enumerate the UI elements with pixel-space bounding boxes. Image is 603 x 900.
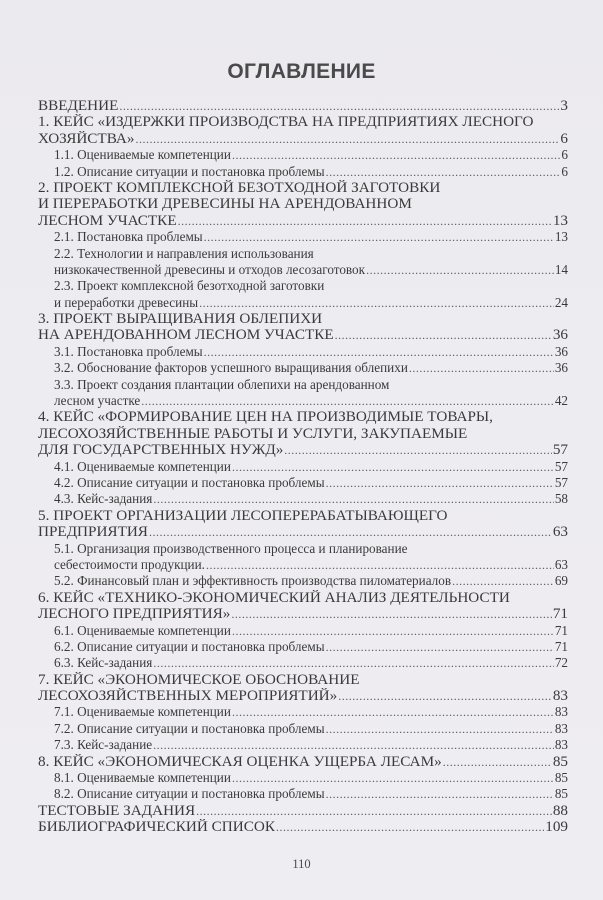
toc-entry-line: 3. ПРОЕКТ ВЫРАЩИВАНИЯ ОБЛЕПИХИ — [38, 311, 568, 327]
toc-entry-title: 3.2. Обоснование факторов успешного выра… — [54, 360, 408, 376]
toc-entry-title: лесном участке — [54, 393, 140, 409]
toc-chapter-entry: 8. КЕЙС «ЭКОНОМИЧЕСКАЯ ОЦЕНКА УЩЕРБА ЛЕС… — [38, 754, 568, 770]
dot-leader — [178, 213, 552, 229]
toc-entry-title: низкокачественной древесины и отходов ле… — [54, 262, 365, 278]
toc-entry-line: 6.2. Описание ситуации и постановка проб… — [38, 639, 568, 655]
dot-leader — [153, 737, 554, 753]
toc-entry-title: 5.2. Финансовый план и эффективность про… — [54, 573, 451, 589]
toc-section-entry: 3.1. Постановка проблемы36 — [38, 344, 568, 360]
toc-chapter-entry: БИБЛИОГРАФИЧЕСКИЙ СПИСОК109 — [38, 819, 568, 835]
toc-entry-line: низкокачественной древесины и отходов ле… — [38, 262, 568, 278]
toc-entry-line: ЛЕСОХОЗЯЙСТВЕННЫХ МЕРОПРИЯТИЙ»83 — [38, 688, 568, 704]
toc-page-number: 69 — [555, 573, 568, 589]
dot-leader — [232, 770, 554, 786]
table-of-contents: ВВЕДЕНИЕ31. КЕЙС «ИЗДЕРЖКИ ПРОИЗВОДСТВА … — [38, 98, 568, 836]
toc-section-entry: 1.2. Описание ситуации и постановка проб… — [38, 164, 568, 180]
toc-entry-title: 5. ПРОЕКТ ОРГАНИЗАЦИИ ЛЕСОПЕРЕРАБАТЫВАЮЩ… — [38, 508, 447, 524]
dot-leader — [135, 131, 559, 147]
dot-leader — [232, 704, 554, 720]
toc-entry-line: 5.2. Финансовый план и эффективность про… — [38, 573, 568, 589]
toc-entry-title: 3.3. Проект создания плантации облепихи … — [54, 377, 389, 393]
toc-entry-line: лесном участке42 — [38, 393, 568, 409]
toc-entry-title: 2.2. Технологии и направления использова… — [54, 246, 314, 262]
toc-entry-line: 3.3. Проект создания плантации облепихи … — [38, 377, 568, 393]
toc-page-number: 13 — [553, 213, 568, 229]
toc-entry-title: НА АРЕНДОВАННОМ ЛЕСНОМ УЧАСТКЕ — [38, 327, 334, 343]
toc-chapter-entry: 1. КЕЙС «ИЗДЕРЖКИ ПРОИЗВОДСТВА НА ПРЕДПР… — [38, 114, 568, 147]
toc-entry-title: ДЛЯ ГОСУДАРСТВЕННЫХ НУЖД» — [38, 442, 283, 458]
toc-entry-title: ЛЕСОХОЗЯЙСТВЕННЫХ МЕРОПРИЯТИЙ» — [38, 688, 337, 704]
toc-chapter-entry: ВВЕДЕНИЕ3 — [38, 98, 568, 114]
toc-section-entry: 6.3. Кейс-задания72 — [38, 655, 568, 671]
toc-entry-title: 6.1. Оцениваемые компетенции — [54, 623, 231, 639]
toc-entry-title: И ПЕРЕРАБОТКИ ДРЕВЕСИНЫ НА АРЕНДОВАННОМ — [38, 196, 412, 212]
toc-entry-line: 4.3. Кейс-задания58 — [38, 491, 568, 507]
toc-entry-title: 4.1. Оцениваемые компетенции — [54, 459, 231, 475]
toc-entry-line: 6.3. Кейс-задания72 — [38, 655, 568, 671]
toc-entry-line: 4. КЕЙС «ФОРМИРОВАНИЕ ЦЕН НА ПРОИЗВОДИМЫ… — [38, 409, 568, 425]
page-number: 110 — [0, 857, 603, 872]
dot-leader — [326, 721, 554, 737]
toc-entry-title: 4. КЕЙС «ФОРМИРОВАНИЕ ЦЕН НА ПРОИЗВОДИМЫ… — [38, 409, 493, 425]
dot-leader — [276, 819, 544, 835]
toc-page-number: 57 — [555, 459, 568, 475]
dot-leader — [284, 442, 552, 458]
toc-entry-line: ХОЗЯЙСТВА»6 — [38, 131, 568, 147]
toc-entry-title: 7.2. Описание ситуации и постановка проб… — [54, 721, 325, 737]
dot-leader — [204, 229, 554, 245]
toc-page-number: 83 — [555, 737, 568, 753]
dot-leader — [204, 344, 554, 360]
toc-page-number: 3 — [560, 98, 568, 114]
page-title: ОГЛАВЛЕНИЕ — [0, 60, 603, 84]
toc-chapter-entry: 7. КЕЙС «ЭКОНОМИЧЕСКОЕ ОБОСНОВАНИЕЛЕСОХО… — [38, 672, 568, 705]
toc-page-number: 83 — [555, 721, 568, 737]
toc-entry-title: БИБЛИОГРАФИЧЕСКИЙ СПИСОК — [38, 819, 275, 835]
toc-page-number: 42 — [555, 393, 568, 409]
toc-entry-line: ТЕСТОВЫЕ ЗАДАНИЯ88 — [38, 803, 568, 819]
dot-leader — [326, 164, 561, 180]
toc-page-number: 36 — [553, 327, 568, 343]
dot-leader — [149, 524, 552, 540]
toc-page-number: 85 — [555, 786, 568, 802]
toc-entry-title: 6.2. Описание ситуации и постановка проб… — [54, 639, 325, 655]
toc-entry-title: ХОЗЯЙСТВА» — [38, 131, 134, 147]
toc-page-number: 6 — [560, 131, 568, 147]
dot-leader — [232, 147, 560, 163]
toc-entry-title: ВВЕДЕНИЕ — [38, 98, 118, 114]
dot-leader — [326, 639, 554, 655]
toc-page-number: 6 — [561, 147, 568, 163]
toc-entry-title: 3. ПРОЕКТ ВЫРАЩИВАНИЯ ОБЛЕПИХИ — [38, 311, 322, 327]
dot-leader — [153, 491, 553, 507]
dot-leader — [196, 803, 552, 819]
toc-page-number: 72 — [555, 655, 568, 671]
toc-page-number: 57 — [553, 442, 568, 458]
toc-page-number: 83 — [555, 704, 568, 720]
dot-leader — [141, 393, 554, 409]
toc-section-entry: 5.2. Финансовый план и эффективность про… — [38, 573, 568, 589]
toc-entry-line: 8. КЕЙС «ЭКОНОМИЧЕСКАЯ ОЦЕНКА УЩЕРБА ЛЕС… — [38, 754, 568, 770]
toc-entry-title: 1.2. Описание ситуации и постановка проб… — [54, 164, 325, 180]
toc-page-number: 24 — [555, 295, 568, 311]
toc-section-entry: 7.2. Описание ситуации и постановка проб… — [38, 721, 568, 737]
toc-entry-title: 5.1. Организация производственного проце… — [54, 541, 408, 557]
toc-page-number: 83 — [553, 688, 568, 704]
dot-leader — [231, 606, 551, 622]
toc-entry-line: 7.2. Описание ситуации и постановка проб… — [38, 721, 568, 737]
toc-entry-title: 2.3. Проект комплексной безотходной заго… — [54, 278, 324, 294]
toc-entry-line: 2.2. Технологии и направления использова… — [38, 246, 568, 262]
toc-entry-title: 1.1. Оцениваемые компетенции — [54, 147, 231, 163]
toc-section-entry: 4.1. Оцениваемые компетенции57 — [38, 459, 568, 475]
dot-leader — [335, 327, 552, 343]
toc-section-entry: 5.1. Организация производственного проце… — [38, 541, 568, 574]
toc-section-entry: 7.3. Кейс-задание83 — [38, 737, 568, 753]
toc-section-entry: 8.1. Оцениваемые компетенции85 — [38, 770, 568, 786]
toc-entry-line: ЛЕСОХОЗЯЙСТВЕННЫЕ РАБОТЫ И УСЛУГИ, ЗАКУП… — [38, 426, 568, 442]
toc-page-number: 14 — [555, 262, 568, 278]
toc-entry-title: 6. КЕЙС «ТЕХНИКО-ЭКОНОМИЧЕСКИЙ АНАЛИЗ ДЕ… — [38, 590, 510, 606]
toc-page-number: 71 — [555, 623, 568, 639]
toc-entry-title: 2.1. Постановка проблемы — [54, 229, 203, 245]
toc-page-number: 63 — [553, 524, 568, 540]
toc-entry-line: 1.2. Описание ситуации и постановка проб… — [38, 164, 568, 180]
dot-leader — [338, 688, 552, 704]
dot-leader — [199, 295, 554, 311]
toc-section-entry: 8.2. Описание ситуации и постановка проб… — [38, 786, 568, 802]
toc-entry-line: 1. КЕЙС «ИЗДЕРЖКИ ПРОИЗВОДСТВА НА ПРЕДПР… — [38, 114, 568, 130]
dot-leader — [206, 557, 554, 573]
toc-entry-line: 7.3. Кейс-задание83 — [38, 737, 568, 753]
toc-entry-title: ЛЕСНОГО ПРЕДПРИЯТИЯ» — [38, 606, 230, 622]
toc-entry-line: и переработки древесины24 — [38, 295, 568, 311]
toc-entry-line: 3.2. Обоснование факторов успешного выра… — [38, 360, 568, 376]
toc-entry-line: НА АРЕНДОВАННОМ ЛЕСНОМ УЧАСТКЕ36 — [38, 327, 568, 343]
toc-chapter-entry: ТЕСТОВЫЕ ЗАДАНИЯ88 — [38, 803, 568, 819]
toc-entry-title: 8.2. Описание ситуации и постановка проб… — [54, 786, 325, 802]
toc-entry-title: 7. КЕЙС «ЭКОНОМИЧЕСКОЕ ОБОСНОВАНИЕ — [38, 672, 359, 688]
toc-section-entry: 7.1. Оцениваемые компетенции83 — [38, 704, 568, 720]
toc-section-entry: 4.2. Описание ситуации и постановка проб… — [38, 475, 568, 491]
toc-page-number: 13 — [555, 229, 568, 245]
toc-section-entry: 3.3. Проект создания плантации облепихи … — [38, 377, 568, 410]
toc-entry-title: ЛЕСНОМ УЧАСТКЕ — [38, 213, 177, 229]
toc-entry-line: 4.1. Оцениваемые компетенции57 — [38, 459, 568, 475]
toc-chapter-entry: 6. КЕЙС «ТЕХНИКО-ЭКОНОМИЧЕСКИЙ АНАЛИЗ ДЕ… — [38, 590, 568, 623]
toc-entry-title: ПРЕДПРИЯТИЯ — [38, 524, 148, 540]
dot-leader — [119, 98, 559, 114]
dot-leader — [153, 655, 553, 671]
toc-page-number: 36 — [555, 360, 568, 376]
toc-entry-line: ЛЕСНОГО ПРЕДПРИЯТИЯ»71 — [38, 606, 568, 622]
toc-entry-title: 3.1. Постановка проблемы — [54, 344, 203, 360]
toc-section-entry: 6.2. Описание ситуации и постановка проб… — [38, 639, 568, 655]
toc-entry-line: БИБЛИОГРАФИЧЕСКИЙ СПИСОК109 — [38, 819, 568, 835]
toc-entry-line: 2.1. Постановка проблемы13 — [38, 229, 568, 245]
toc-entry-title: 4.3. Кейс-задания — [54, 491, 152, 507]
toc-entry-line: 8.1. Оцениваемые компетенции85 — [38, 770, 568, 786]
toc-page-number: 71 — [553, 606, 568, 622]
toc-entry-line: ВВЕДЕНИЕ3 — [38, 98, 568, 114]
toc-entry-line: 2. ПРОЕКТ КОМПЛЕКСНОЙ БЕЗОТХОДНОЙ ЗАГОТО… — [38, 180, 568, 196]
toc-entry-title: 8. КЕЙС «ЭКОНОМИЧЕСКАЯ ОЦЕНКА УЩЕРБА ЛЕС… — [38, 754, 442, 770]
toc-page-number: 57 — [555, 475, 568, 491]
toc-chapter-entry: 2. ПРОЕКТ КОМПЛЕКСНОЙ БЕЗОТХОДНОЙ ЗАГОТО… — [38, 180, 568, 229]
toc-entry-line: 4.2. Описание ситуации и постановка проб… — [38, 475, 568, 491]
toc-section-entry: 1.1. Оцениваемые компетенции6 — [38, 147, 568, 163]
toc-page-number: 109 — [545, 819, 568, 835]
toc-page-number: 88 — [553, 803, 568, 819]
toc-entry-line: 8.2. Описание ситуации и постановка проб… — [38, 786, 568, 802]
dot-leader — [326, 786, 554, 802]
dot-leader — [232, 459, 554, 475]
toc-entry-title: ТЕСТОВЫЕ ЗАДАНИЯ — [38, 803, 195, 819]
toc-entry-line: ДЛЯ ГОСУДАРСТВЕННЫХ НУЖД»57 — [38, 442, 568, 458]
dot-leader — [232, 623, 554, 639]
toc-entry-title: 4.2. Описание ситуации и постановка проб… — [54, 475, 325, 491]
toc-entry-line: 5.1. Организация производственного проце… — [38, 541, 568, 557]
toc-page-number: 6 — [561, 164, 568, 180]
toc-chapter-entry: 5. ПРОЕКТ ОРГАНИЗАЦИИ ЛЕСОПЕРЕРАБАТЫВАЮЩ… — [38, 508, 568, 541]
toc-section-entry: 3.2. Обоснование факторов успешного выра… — [38, 360, 568, 376]
dot-leader — [443, 754, 552, 770]
toc-page-number: 63 — [555, 557, 568, 573]
book-page: ОГЛАВЛЕНИЕ ВВЕДЕНИЕ31. КЕЙС «ИЗДЕРЖКИ ПР… — [0, 0, 603, 900]
toc-entry-title: 6.3. Кейс-задания — [54, 655, 152, 671]
toc-entry-line: 5. ПРОЕКТ ОРГАНИЗАЦИИ ЛЕСОПЕРЕРАБАТЫВАЮЩ… — [38, 508, 568, 524]
dot-leader — [366, 262, 554, 278]
toc-entry-line: себестоимости продукции.63 — [38, 557, 568, 573]
toc-section-entry: 6.1. Оцениваемые компетенции71 — [38, 623, 568, 639]
toc-page-number: 85 — [553, 754, 568, 770]
toc-chapter-entry: 3. ПРОЕКТ ВЫРАЩИВАНИЯ ОБЛЕПИХИНА АРЕНДОВ… — [38, 311, 568, 344]
toc-entry-line: 1.1. Оцениваемые компетенции6 — [38, 147, 568, 163]
toc-entry-line: 3.1. Постановка проблемы36 — [38, 344, 568, 360]
dot-leader — [452, 573, 554, 589]
toc-entry-line: И ПЕРЕРАБОТКИ ДРЕВЕСИНЫ НА АРЕНДОВАННОМ — [38, 196, 568, 212]
toc-page-number: 58 — [555, 491, 568, 507]
toc-entry-title: 7.1. Оцениваемые компетенции — [54, 704, 231, 720]
toc-entry-line: 6.1. Оцениваемые компетенции71 — [38, 623, 568, 639]
dot-leader — [326, 475, 554, 491]
toc-entry-title: ЛЕСОХОЗЯЙСТВЕННЫЕ РАБОТЫ И УСЛУГИ, ЗАКУП… — [38, 426, 467, 442]
toc-entry-line: 6. КЕЙС «ТЕХНИКО-ЭКОНОМИЧЕСКИЙ АНАЛИЗ ДЕ… — [38, 590, 568, 606]
toc-entry-title: и переработки древесины — [54, 295, 198, 311]
toc-entry-line: 2.3. Проект комплексной безотходной заго… — [38, 278, 568, 294]
toc-entry-line: 7. КЕЙС «ЭКОНОМИЧЕСКОЕ ОБОСНОВАНИЕ — [38, 672, 568, 688]
toc-page-number: 36 — [555, 344, 568, 360]
toc-section-entry: 2.3. Проект комплексной безотходной заго… — [38, 278, 568, 311]
toc-entry-title: 7.3. Кейс-задание — [54, 737, 152, 753]
toc-entry-title: 1. КЕЙС «ИЗДЕРЖКИ ПРОИЗВОДСТВА НА ПРЕДПР… — [38, 114, 533, 130]
toc-entry-title: 8.1. Оцениваемые компетенции — [54, 770, 231, 786]
toc-section-entry: 2.2. Технологии и направления использова… — [38, 246, 568, 279]
toc-section-entry: 4.3. Кейс-задания58 — [38, 491, 568, 507]
toc-entry-line: ПРЕДПРИЯТИЯ63 — [38, 524, 568, 540]
dot-leader — [409, 360, 554, 376]
toc-page-number: 71 — [555, 639, 568, 655]
toc-entry-title: себестоимости продукции. — [54, 557, 205, 573]
toc-entry-title: 2. ПРОЕКТ КОМПЛЕКСНОЙ БЕЗОТХОДНОЙ ЗАГОТО… — [38, 180, 440, 196]
toc-entry-line: 7.1. Оцениваемые компетенции83 — [38, 704, 568, 720]
toc-entry-line: ЛЕСНОМ УЧАСТКЕ13 — [38, 213, 568, 229]
toc-section-entry: 2.1. Постановка проблемы13 — [38, 229, 568, 245]
toc-page-number: 85 — [555, 770, 568, 786]
toc-chapter-entry: 4. КЕЙС «ФОРМИРОВАНИЕ ЦЕН НА ПРОИЗВОДИМЫ… — [38, 409, 568, 458]
